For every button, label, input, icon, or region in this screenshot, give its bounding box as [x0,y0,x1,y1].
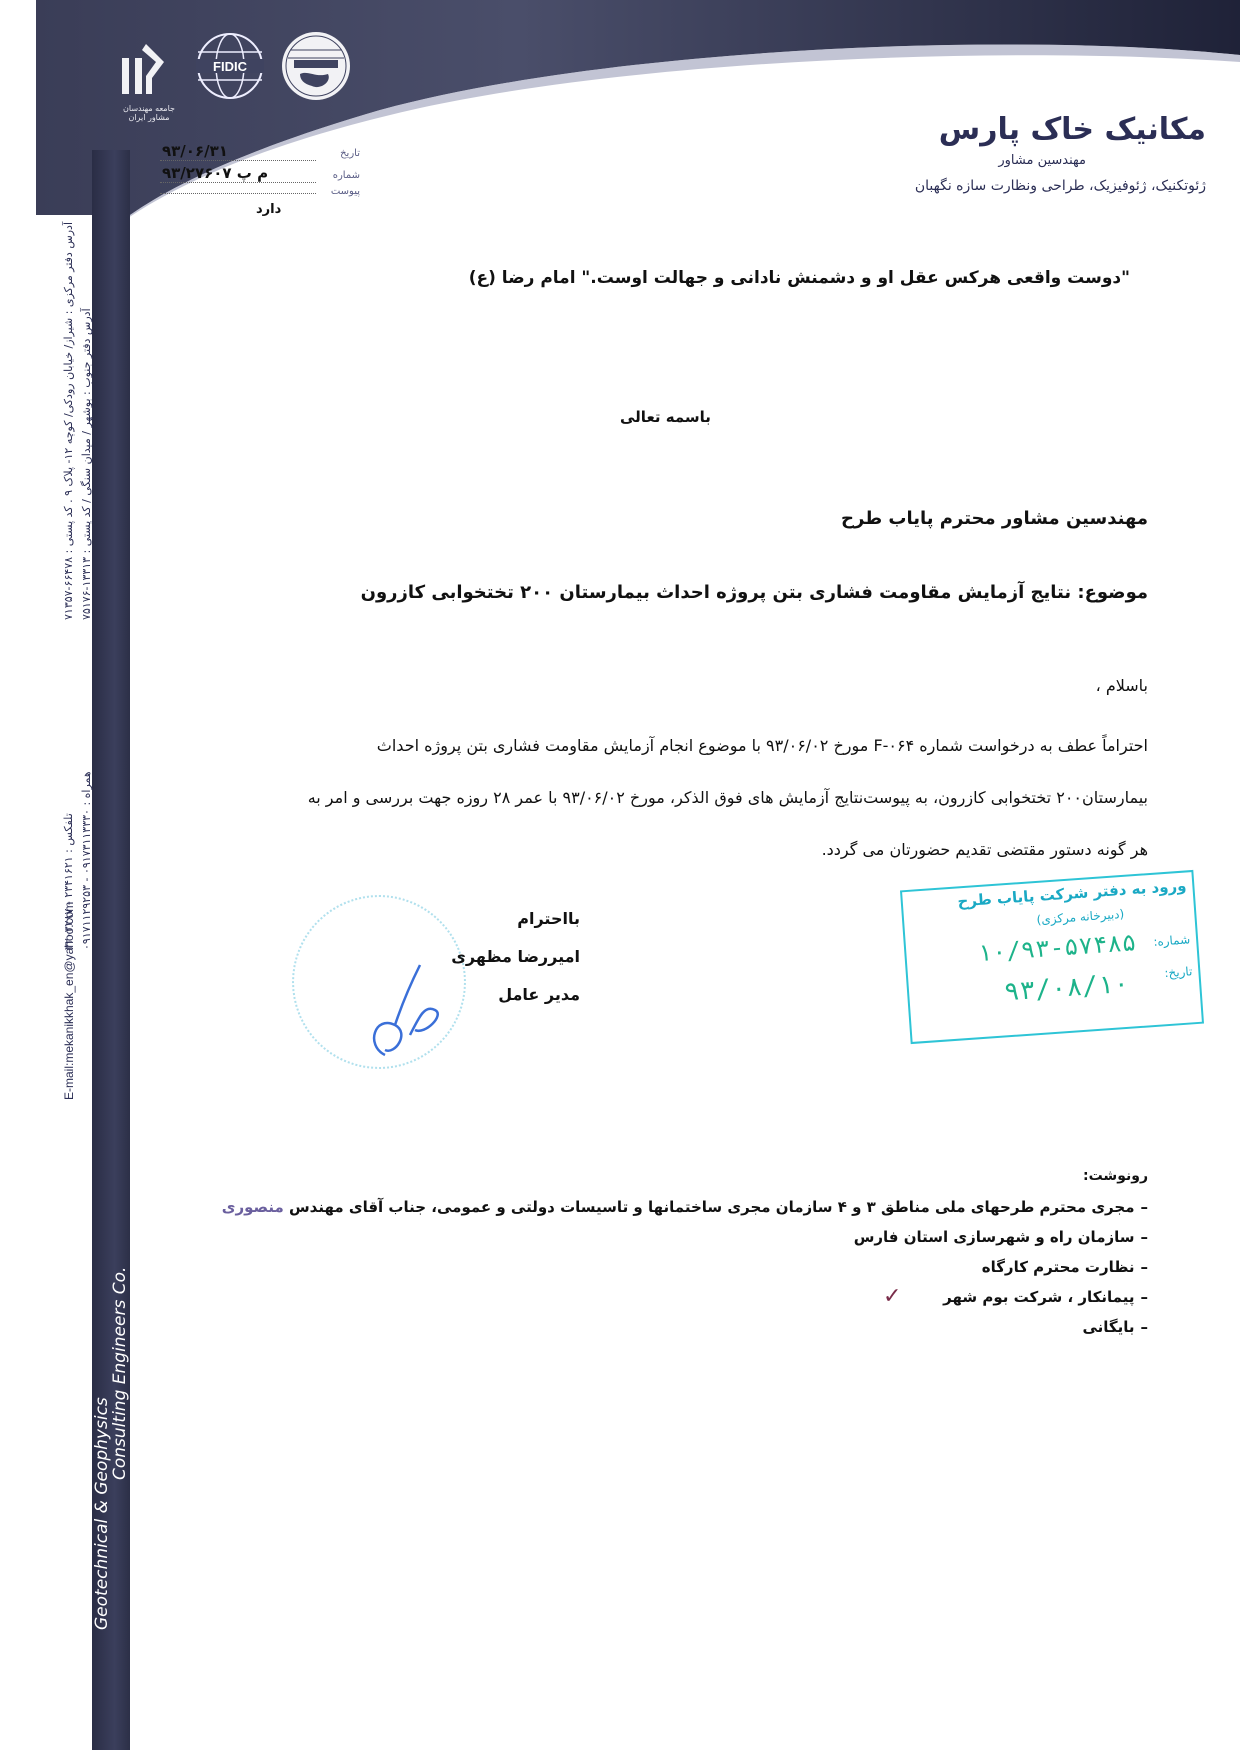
letter-meta: تاریخ ۹۳/۰۶/۳۱ شماره م پ ۹۳/۲۷۶۰۷ پیوست … [160,142,360,208]
number-value: م پ ۹۳/۲۷۶۰۷ [160,164,316,183]
sidebar-address-south: آدرس دفتر جنوب : بوشهر / میدان سنگی / کد… [80,308,93,620]
date-row: تاریخ ۹۳/۰۶/۳۱ [160,142,360,164]
check-mark-icon: ✓ [883,1284,901,1309]
recipient: مهندسین مشاور محترم پایاب طرح [841,508,1148,529]
sidebar-address-main: آدرس دفتر مرکزی : شیراز/ خیابان رودکی/ ک… [62,222,75,620]
date-value: ۹۳/۰۶/۳۱ [160,142,316,161]
company-type: مهندسین مشاور [915,153,1086,168]
number-label: شماره [316,170,360,181]
cc-item: –نظارت محترم کارگاه [222,1252,1148,1282]
letter-body: احتراماً عطف به درخواست شماره F-۰۶۴ مورخ… [228,720,1148,876]
sidebar-brand-sub2: Consulting Engineers Co. [110,1267,130,1480]
logo-caption: جامعه مهندسان مشاور ایران [114,104,184,122]
cc-list: رونوشت: –مجری محترم طرحهای ملی مناطق ۳ و… [222,1168,1148,1342]
header-quote: "دوست واقعی هرکس عقل او و دشمنش نادانی و… [469,268,1130,288]
closing: بااحترام [400,900,580,938]
bismillah: باسمه تعالی [620,408,711,426]
cc-item: –پیمانکار ، شرکت بوم شهر [222,1282,1148,1312]
sidebar-brand: MEKANIK KHAK PARS [70,1507,92,1712]
stamp-date-label: تاریخ: [1164,964,1193,980]
body-line: هر گونه دستور مقتضی تقدیم حضورتان می گرد… [228,824,1148,876]
stamp-date-value: ۹۳/۰۸/۱۰ [1003,969,1130,1008]
attachment-value: دارد [256,202,281,217]
national-association-logo [280,30,352,102]
cc-item: –سازمان راه و شهرسازی استان فارس [222,1222,1148,1252]
date-label: تاریخ [316,148,360,159]
stamp-number-value: ۱۰/۹۳-۵۷۴۸۵ [977,928,1138,967]
logo-group: جامعه مهندسان مشاور ایران FIDIC [118,30,358,120]
number-row: شماره م پ ۹۳/۲۷۶۰۷ [160,164,360,186]
received-stamp: ورود به دفتر شرکت پایاب طرح (دبیرخانه مر… [900,870,1204,1044]
sidebar-brand-sub1: Geotechnical & Geophysics [92,1397,112,1630]
cc-highlight-name: منصوری [222,1198,284,1216]
svg-text:FIDIC: FIDIC [213,59,248,74]
greeting: باسلام ، [1096,676,1148,695]
fidic-logo: FIDIC [196,32,264,100]
cc-item: –بایگانی [222,1312,1148,1342]
attachment-label: پیوست [316,186,360,197]
iran-engineering-society-logo: جامعه مهندسان مشاور ایران [118,38,168,108]
sidebar-email: E-mail:mekanikkhak_en@yahoo.com [62,902,76,1100]
cc-item: –مجری محترم طرحهای ملی مناطق ۳ و ۴ سازما… [222,1192,1148,1222]
stamp-number-label: شماره: [1153,932,1191,949]
company-services: ژئوتکنیک، ژئوفیزیک، طراحی ونظارت سازه نگ… [915,178,1206,194]
body-line: بیمارستان۲۰۰ تختخوابی کازرون، به پیوست‌ن… [228,772,1148,824]
attachment-dots [160,193,316,194]
handwritten-signature-icon [365,955,455,1065]
company-header: مکانیک خاک پارس مهندسین مشاور ژئوتکنیک، … [915,112,1206,194]
stamp-title: ورود به دفتر شرکت پایاب طرح [957,876,1187,910]
company-name: مکانیک خاک پارس [915,112,1206,147]
sidebar-phones-south: ۰۹۱۷۱۱۲۹۲۵۳ - ۰۹۱۷۳۱۱۳۳۳۰ : همراه [80,771,93,950]
stamp-subtitle: (دبیرخانه مرکزی) [1036,907,1124,927]
body-line: احتراماً عطف به درخواست شماره F-۰۶۴ مورخ… [228,720,1148,772]
subject: موضوع: نتایج آزمایش مقاومت فشاری بتن پرو… [361,582,1148,603]
cc-title: رونوشت: [222,1168,1148,1184]
